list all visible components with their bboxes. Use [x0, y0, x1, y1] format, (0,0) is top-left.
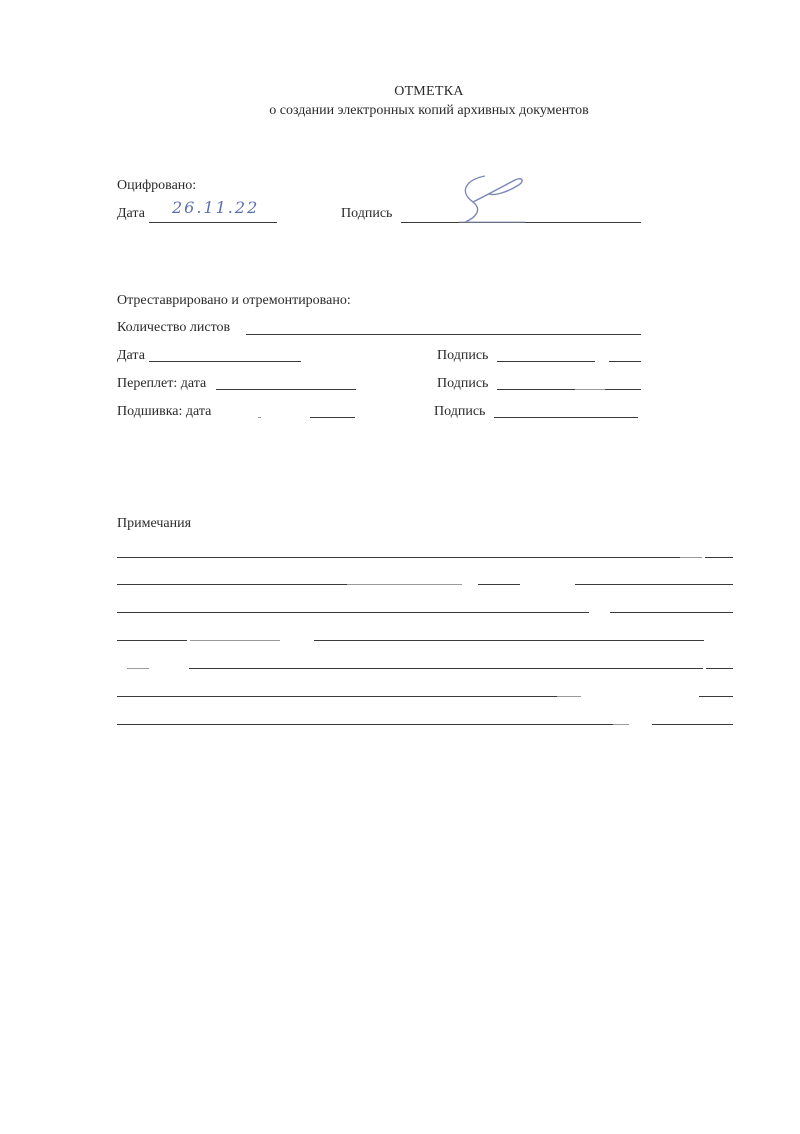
binding-date-field[interactable]	[216, 389, 356, 390]
digitized-date-label: Дата	[117, 206, 145, 222]
notes-line-dotted	[613, 724, 629, 725]
filing-date-field-dot	[258, 417, 261, 418]
digitized-date-line	[149, 222, 277, 223]
binding-signature-field[interactable]	[497, 389, 575, 390]
sheets-count-field[interactable]	[246, 334, 641, 335]
signature-mark-icon	[455, 170, 535, 225]
sheets-count-label: Количество листов	[117, 320, 230, 336]
digitized-signature-label: Подпись	[341, 206, 392, 222]
notes-line-tail	[705, 557, 733, 558]
notes-line-tail	[610, 612, 733, 613]
notes-line[interactable]	[117, 557, 680, 558]
filing-signature-label: Подпись	[434, 404, 485, 420]
notes-line-tail	[575, 584, 733, 585]
digitized-heading: Оцифровано:	[117, 178, 196, 194]
digitized-date-field[interactable]: 26.11.22	[172, 198, 259, 217]
notes-line-tail	[699, 696, 733, 697]
restoration-date-label: Дата	[117, 348, 145, 364]
restoration-heading: Отреставрировано и отремонтировано:	[117, 293, 351, 309]
notes-line-tail	[706, 668, 733, 669]
notes-line-dotted	[127, 668, 149, 669]
binding-date-label: Переплет: дата	[117, 376, 206, 392]
restoration-signature-field-tail	[609, 361, 641, 362]
notes-line[interactable]	[117, 724, 613, 725]
binding-signature-field-tail	[605, 389, 641, 390]
notes-line-dotted	[347, 584, 462, 585]
notes-line[interactable]	[117, 696, 557, 697]
binding-signature-field-dotted	[575, 389, 605, 390]
restoration-date-field[interactable]	[149, 361, 301, 362]
document-title: ОТМЕТКА	[0, 84, 800, 100]
restoration-signature-field[interactable]	[497, 361, 595, 362]
notes-line[interactable]	[117, 640, 187, 641]
notes-line[interactable]	[117, 584, 347, 585]
filing-signature-field[interactable]	[494, 417, 638, 418]
restoration-signature-label: Подпись	[437, 348, 488, 364]
notes-heading: Примечания	[117, 516, 191, 532]
binding-signature-label: Подпись	[437, 376, 488, 392]
notes-line-dotted	[190, 640, 280, 641]
document-subtitle: о создании электронных копий архивных до…	[0, 103, 800, 119]
notes-line-dotted	[557, 696, 581, 697]
notes-line-tail	[652, 724, 733, 725]
notes-line-tail	[314, 640, 704, 641]
notes-line[interactable]	[117, 612, 589, 613]
notes-line[interactable]	[189, 668, 703, 669]
filing-date-label: Подшивка: дата	[117, 404, 211, 420]
filing-date-field[interactable]	[310, 417, 355, 418]
notes-line-dotted	[680, 557, 702, 558]
notes-line-segment	[478, 584, 520, 585]
